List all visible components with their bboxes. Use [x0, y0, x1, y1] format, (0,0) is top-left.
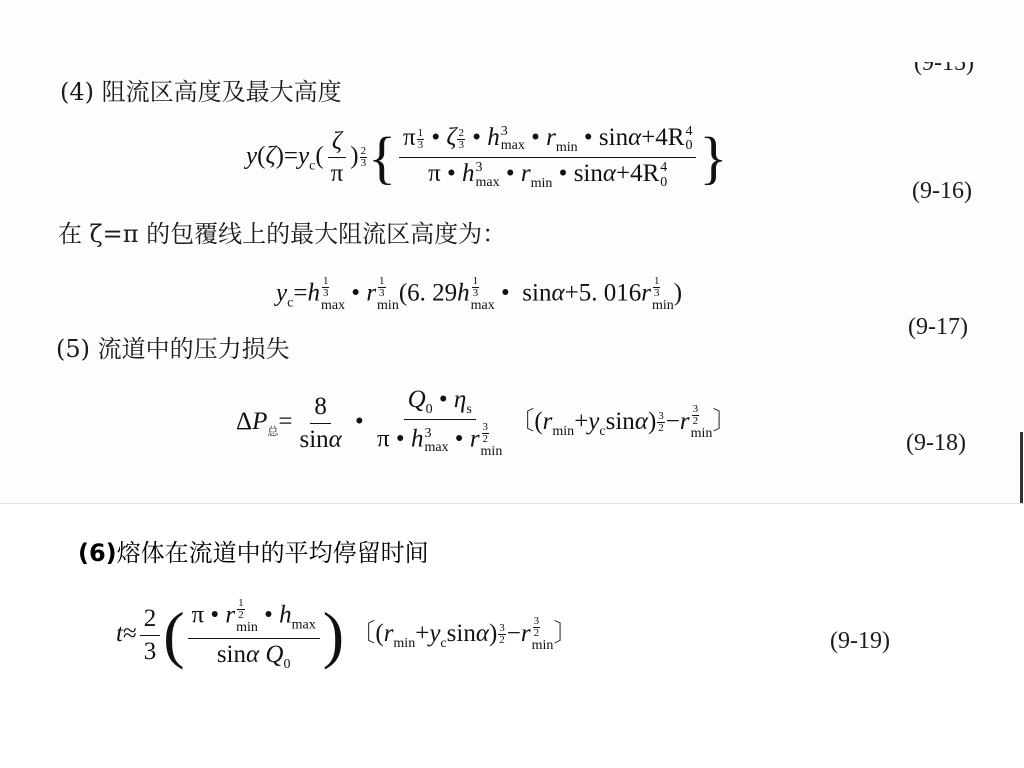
max-height-note: 在 ζ=π 的包覆线上的最大阻流区高度为： — [58, 214, 506, 249]
section-6-number: (6) — [78, 539, 117, 567]
section-6-heading: (6)熔体在流道中的平均停留时间 — [78, 533, 429, 568]
equation-number-9-17: (9-17) — [908, 314, 968, 341]
equation-number-9-16: (9-16) — [912, 178, 972, 205]
section-4-heading: (4) 阻流区高度及最大高度 — [60, 72, 342, 107]
equation-number-9-18: (9-18) — [906, 430, 966, 457]
equation-9-16: y(ζ)=yc(ζπ)23{π13 • ζ23 • h3max • rmin •… — [246, 124, 727, 192]
section-5-heading: (5) 流道中的压力损失 — [56, 329, 290, 364]
section-6-title: 熔体在流道中的平均停留时间 — [117, 539, 429, 567]
equation-number-9-19: (9-19) — [830, 628, 890, 655]
equation-9-18: ΔP总=8sinα • Q0 • ηsπ • h3max • r32min〔(r… — [236, 386, 737, 460]
equation-9-19: t≈23(π • r12min • hmaxsinα Q0) 〔(rmin+yc… — [116, 598, 578, 672]
scan-border-edge — [1020, 432, 1023, 503]
equation-9-17: yc=h13max • r13min(6. 29h13max • sinα+5.… — [276, 276, 682, 314]
